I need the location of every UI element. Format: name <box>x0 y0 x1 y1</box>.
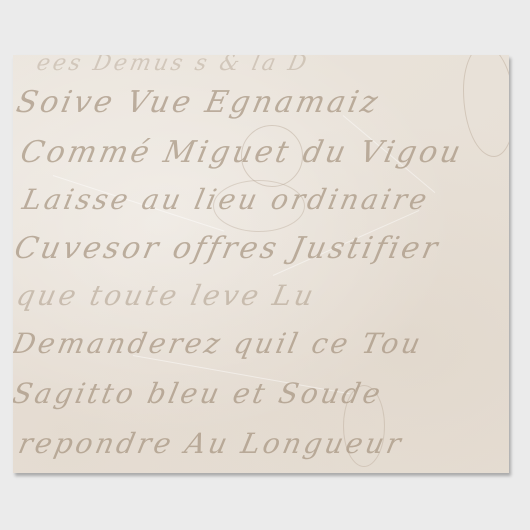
handwriting-line: Commé Miguet du Vigou <box>17 135 466 170</box>
handwriting-line: Demanderez quil ce Tou <box>13 327 426 360</box>
handwriting-paper: ees Demus s & la D Soive Vue Egnamaiz Co… <box>13 55 509 473</box>
ink-flourish <box>463 55 509 157</box>
handwriting-line: que toute leve Lu <box>13 279 319 312</box>
handwriting-line: Laisse au lieu ordinaire <box>19 183 432 216</box>
handwriting-line: Sagitto bleu et Soude <box>13 377 386 410</box>
handwriting-line: ees Demus s & la D <box>34 55 311 76</box>
handwriting-line: Cuvesor offres Justifier <box>13 231 444 266</box>
handwriting-line: Soive Vue Egnamaiz <box>13 85 383 120</box>
handwriting-line: repondre Au Longueur <box>15 427 406 460</box>
